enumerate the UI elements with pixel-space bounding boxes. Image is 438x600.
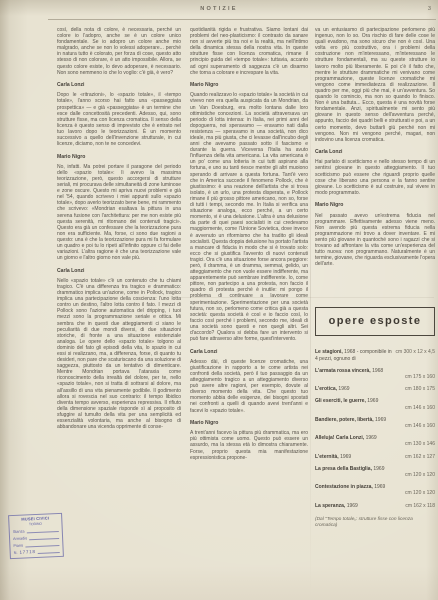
speaker-heading: Mario Nigro (315, 202, 435, 208)
text-paragraph: Quando realizzavo lo «spazio totale» la … (190, 92, 308, 342)
scanned-catalog-page: NOTIZIE 3 così, della nota di colore, è … (0, 0, 438, 600)
speaker-heading: Mario Nigro (57, 154, 181, 160)
text-paragraph: Adesso dài, di queste licenze cromatiche… (190, 359, 308, 414)
work-dims: cm 162 x 127 (405, 454, 435, 460)
work-title: Contestazione in piazza, (315, 484, 373, 490)
work-year: 1969 (367, 398, 378, 404)
work-item: cm 180 x 175L'erotica, 1969 (315, 386, 435, 392)
work-item: cm 162 x 118La speranza, 1969 (315, 503, 435, 509)
work-dims: cm 146 x 160 (315, 405, 435, 411)
work-dims: cm 120 x 120 (315, 490, 435, 496)
speaker-heading: Carla Lonzi (57, 82, 181, 88)
work-title: Le stagioni, (315, 349, 343, 355)
works-series-note: (Dal "Tempo totale„: strutture fisse con… (315, 517, 435, 529)
scan-crease-vertical (310, 20, 311, 600)
work-dims: cm 120 x 120 (315, 472, 435, 478)
speaker-heading: Carla Lonzi (190, 349, 308, 355)
work-title: La presa della Bastiglia, (315, 466, 372, 472)
work-item: Alleluja! Carla Lonzi, 1969cm 130 x 146 (315, 435, 435, 447)
text-column-1: così, della nota di colore, è necessaria… (57, 27, 181, 595)
work-year: 1969 (347, 503, 358, 509)
text-column-3: va un entusiasmo di partecipazione perlo… (315, 27, 435, 595)
works-list: cm 300 x 12 x 4,5Le stagioni, 1968 - com… (315, 349, 435, 508)
text-paragraph: A trent'anni facevo la pittura più dramm… (190, 430, 308, 460)
work-item: L'armata rossa vincerà, 1968cm 175 x 160 (315, 368, 435, 380)
speaker-heading: Mario Nigro (190, 82, 308, 88)
work-year: 1968 (344, 349, 355, 355)
text-column-2: quotidianità rigida e frustrativa. Siamo… (190, 27, 308, 595)
work-title: La speranza, (315, 503, 345, 509)
stamp-number-label: N. (14, 551, 18, 555)
work-title: Bandiere, potere, libertà, (315, 417, 374, 423)
stamp-field-rule (29, 535, 59, 541)
page-number: 3 (428, 6, 431, 12)
stamp-city: TORINO (12, 521, 58, 527)
text-paragraph: Dopo le «ritrazioni», lo «spazio totale»… (57, 92, 181, 147)
text-paragraph: Nello «spazio totale» c'è un contenuto c… (57, 278, 181, 430)
text-paragraph: così, della nota di colore, è necessaria… (57, 27, 181, 76)
work-item: cm 300 x 12 x 4,5Le stagioni, 1968 - com… (315, 349, 435, 361)
work-dims: cm 300 x 12 x 4,5 (396, 349, 435, 355)
speaker-heading: Carla Lonzi (57, 268, 181, 274)
stamp-field-rule (26, 527, 58, 533)
stamp-field-rule (25, 542, 59, 548)
work-item: La presa della Bastiglia, 1969cm 120 x 1… (315, 466, 435, 478)
work-dims: cm 146 x 160 (315, 423, 435, 429)
work-year: 1968 (372, 368, 383, 374)
work-title: Gli eserciti, le guerre, (315, 398, 366, 404)
work-title-line: cm 300 x 12 x 4,5Le stagioni, 1968 - com… (315, 349, 435, 361)
work-dims: cm 175 x 160 (315, 374, 435, 380)
stamp-fields: StanzaArmadioPianoN.17718 (13, 527, 60, 555)
speaker-heading: Mario Nigro (190, 420, 308, 426)
stamp-number-row: N.17718 (14, 549, 60, 555)
work-year: 1969 (375, 417, 386, 423)
work-year: 1969 (338, 386, 349, 392)
stamp-number: 17718 (19, 550, 35, 555)
stamp-field-row: Piano (13, 542, 59, 548)
speaker-heading: Carla Lonzi (315, 149, 435, 155)
work-dims: cm 180 x 175 (405, 386, 435, 392)
text-paragraph: quotidianità rigida e frustrativa. Siamo… (190, 27, 308, 76)
work-title: L'eternità, (315, 454, 339, 460)
header-rule (48, 19, 436, 20)
work-title: Alleluja! Carla Lonzi, (315, 435, 364, 441)
works-box: opere esposte (315, 307, 435, 336)
work-year: 1969 (340, 454, 351, 460)
work-title-line: cm 180 x 175L'erotica, 1969 (315, 386, 435, 392)
library-stamp: MUSEI CIVICI TORINO StanzaArmadioPianoN.… (8, 513, 64, 560)
stamp-field-rule (38, 549, 60, 554)
work-item: Contestazione in piazza, 1969cm 120 x 12… (315, 484, 435, 496)
stamp-field-label: Armadio (13, 536, 27, 541)
work-title-line: cm 162 x 127L'eternità, 1969 (315, 454, 435, 460)
stamp-field-label: Stanza (13, 529, 25, 534)
work-item: Gli eserciti, le guerre, 1969cm 146 x 16… (315, 398, 435, 410)
work-year: 1969 (366, 435, 377, 441)
work-title: L'erotica, (315, 386, 337, 392)
work-title: L'armata rossa vincerà, (315, 368, 371, 374)
text-paragraph: Nel passato avevo un'estrema fiducia nel… (315, 213, 435, 268)
work-item: cm 162 x 127L'eternità, 1969 (315, 454, 435, 460)
stamp-field-row: Armadio (13, 535, 59, 541)
work-title-line: cm 162 x 118La speranza, 1969 (315, 503, 435, 509)
page-header-title: NOTIZIE (0, 6, 438, 12)
text-paragraph: No, infatti. Ma potrei portare il parago… (57, 164, 181, 262)
stamp-field-row: Stanza (13, 527, 59, 533)
work-year: 1969 (374, 484, 385, 490)
work-item: Bandiere, potere, libertà, 1969cm 146 x … (315, 417, 435, 429)
text-paragraph: va un entusiasmo di partecipazione perlo… (315, 27, 435, 143)
stamp-field-label: Piano (13, 544, 23, 548)
work-dims: cm 130 x 146 (315, 441, 435, 447)
text-paragraph: Hai parlato di scetticismo e nello stess… (315, 159, 435, 196)
work-year: 1969 (373, 466, 384, 472)
work-dims: cm 162 x 118 (405, 503, 435, 509)
